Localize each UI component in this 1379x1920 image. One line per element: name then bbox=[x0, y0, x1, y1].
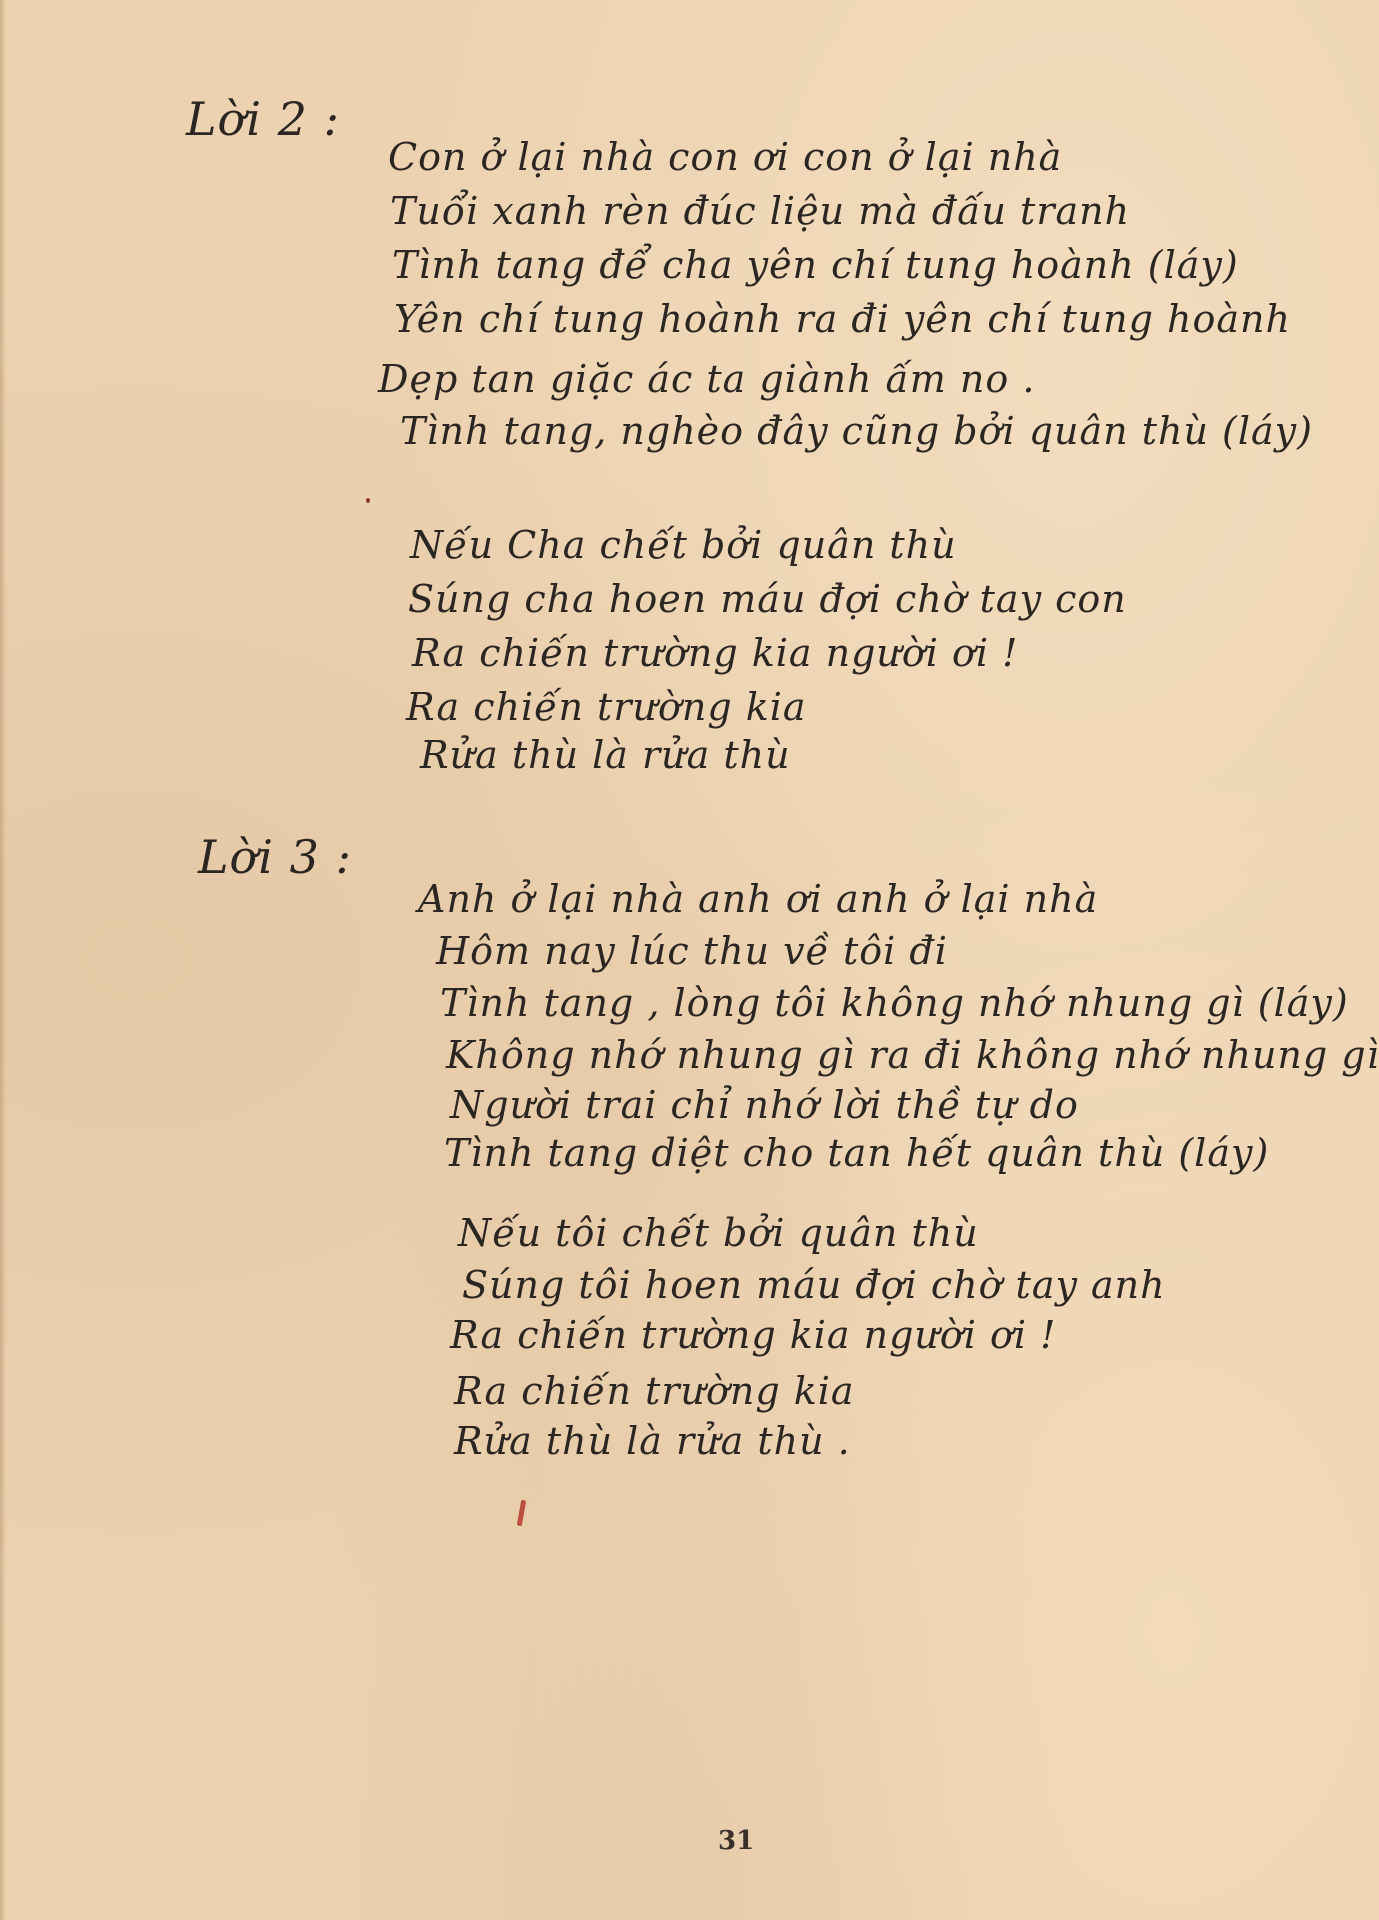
verse-label: Lời 3 : bbox=[198, 830, 352, 884]
lyric-line: Dẹp tan giặc ác ta giành ấm no . bbox=[378, 360, 1035, 398]
lyric-line: Súng cha hoen máu đợi chờ tay con bbox=[408, 580, 1127, 618]
page-number: 31 bbox=[718, 1826, 754, 1856]
red-ink-mark bbox=[517, 1500, 526, 1526]
lyric-line: Rửa thù là rửa thù . bbox=[454, 1422, 851, 1460]
lyric-line: Anh ở lại nhà anh ơi anh ở lại nhà bbox=[418, 880, 1098, 918]
verse-label: Lời 2 : bbox=[186, 92, 340, 146]
lyric-line: Người trai chỉ nhớ lời thề tự do bbox=[450, 1086, 1079, 1124]
lyric-line: Hôm nay lúc thu về tôi đi bbox=[436, 932, 948, 970]
lyric-line: Ra chiến trường kia bbox=[406, 688, 807, 726]
lyric-line: Ra chiến trường kia bbox=[454, 1372, 855, 1410]
lyric-line: Ra chiến trường kia người ơi ! bbox=[412, 634, 1018, 672]
lyric-line: Rửa thù là rửa thù bbox=[420, 736, 791, 774]
lyric-line: Tình tang để cha yên chí tung hoành (láy… bbox=[392, 246, 1239, 284]
lyric-line: Súng tôi hoen máu đợi chờ tay anh bbox=[462, 1266, 1166, 1304]
lyric-line: Tình tang, nghèo đây cũng bởi quân thù (… bbox=[400, 412, 1313, 450]
lyric-line: Ra chiến trường kia người ơi ! bbox=[450, 1316, 1056, 1354]
lyric-line: Yên chí tung hoành ra đi yên chí tung ho… bbox=[394, 300, 1291, 338]
lyric-line: Nếu tôi chết bởi quân thù bbox=[458, 1214, 979, 1252]
lyric-line: Tuổi xanh rèn đúc liệu mà đấu tranh bbox=[390, 192, 1130, 230]
lyric-line: Không nhớ nhung gì ra đi không nhớ nhung… bbox=[446, 1036, 1379, 1074]
ink-speck bbox=[366, 498, 370, 503]
page-edge-shadow bbox=[0, 0, 6, 1920]
lyric-line: Nếu Cha chết bởi quân thù bbox=[410, 526, 957, 564]
lyric-line: Tình tang , lòng tôi không nhớ nhung gì … bbox=[440, 984, 1349, 1022]
lyric-line: Tình tang diệt cho tan hết quân thù (láy… bbox=[444, 1134, 1269, 1172]
lyric-line: Con ở lại nhà con ơi con ở lại nhà bbox=[388, 138, 1062, 176]
